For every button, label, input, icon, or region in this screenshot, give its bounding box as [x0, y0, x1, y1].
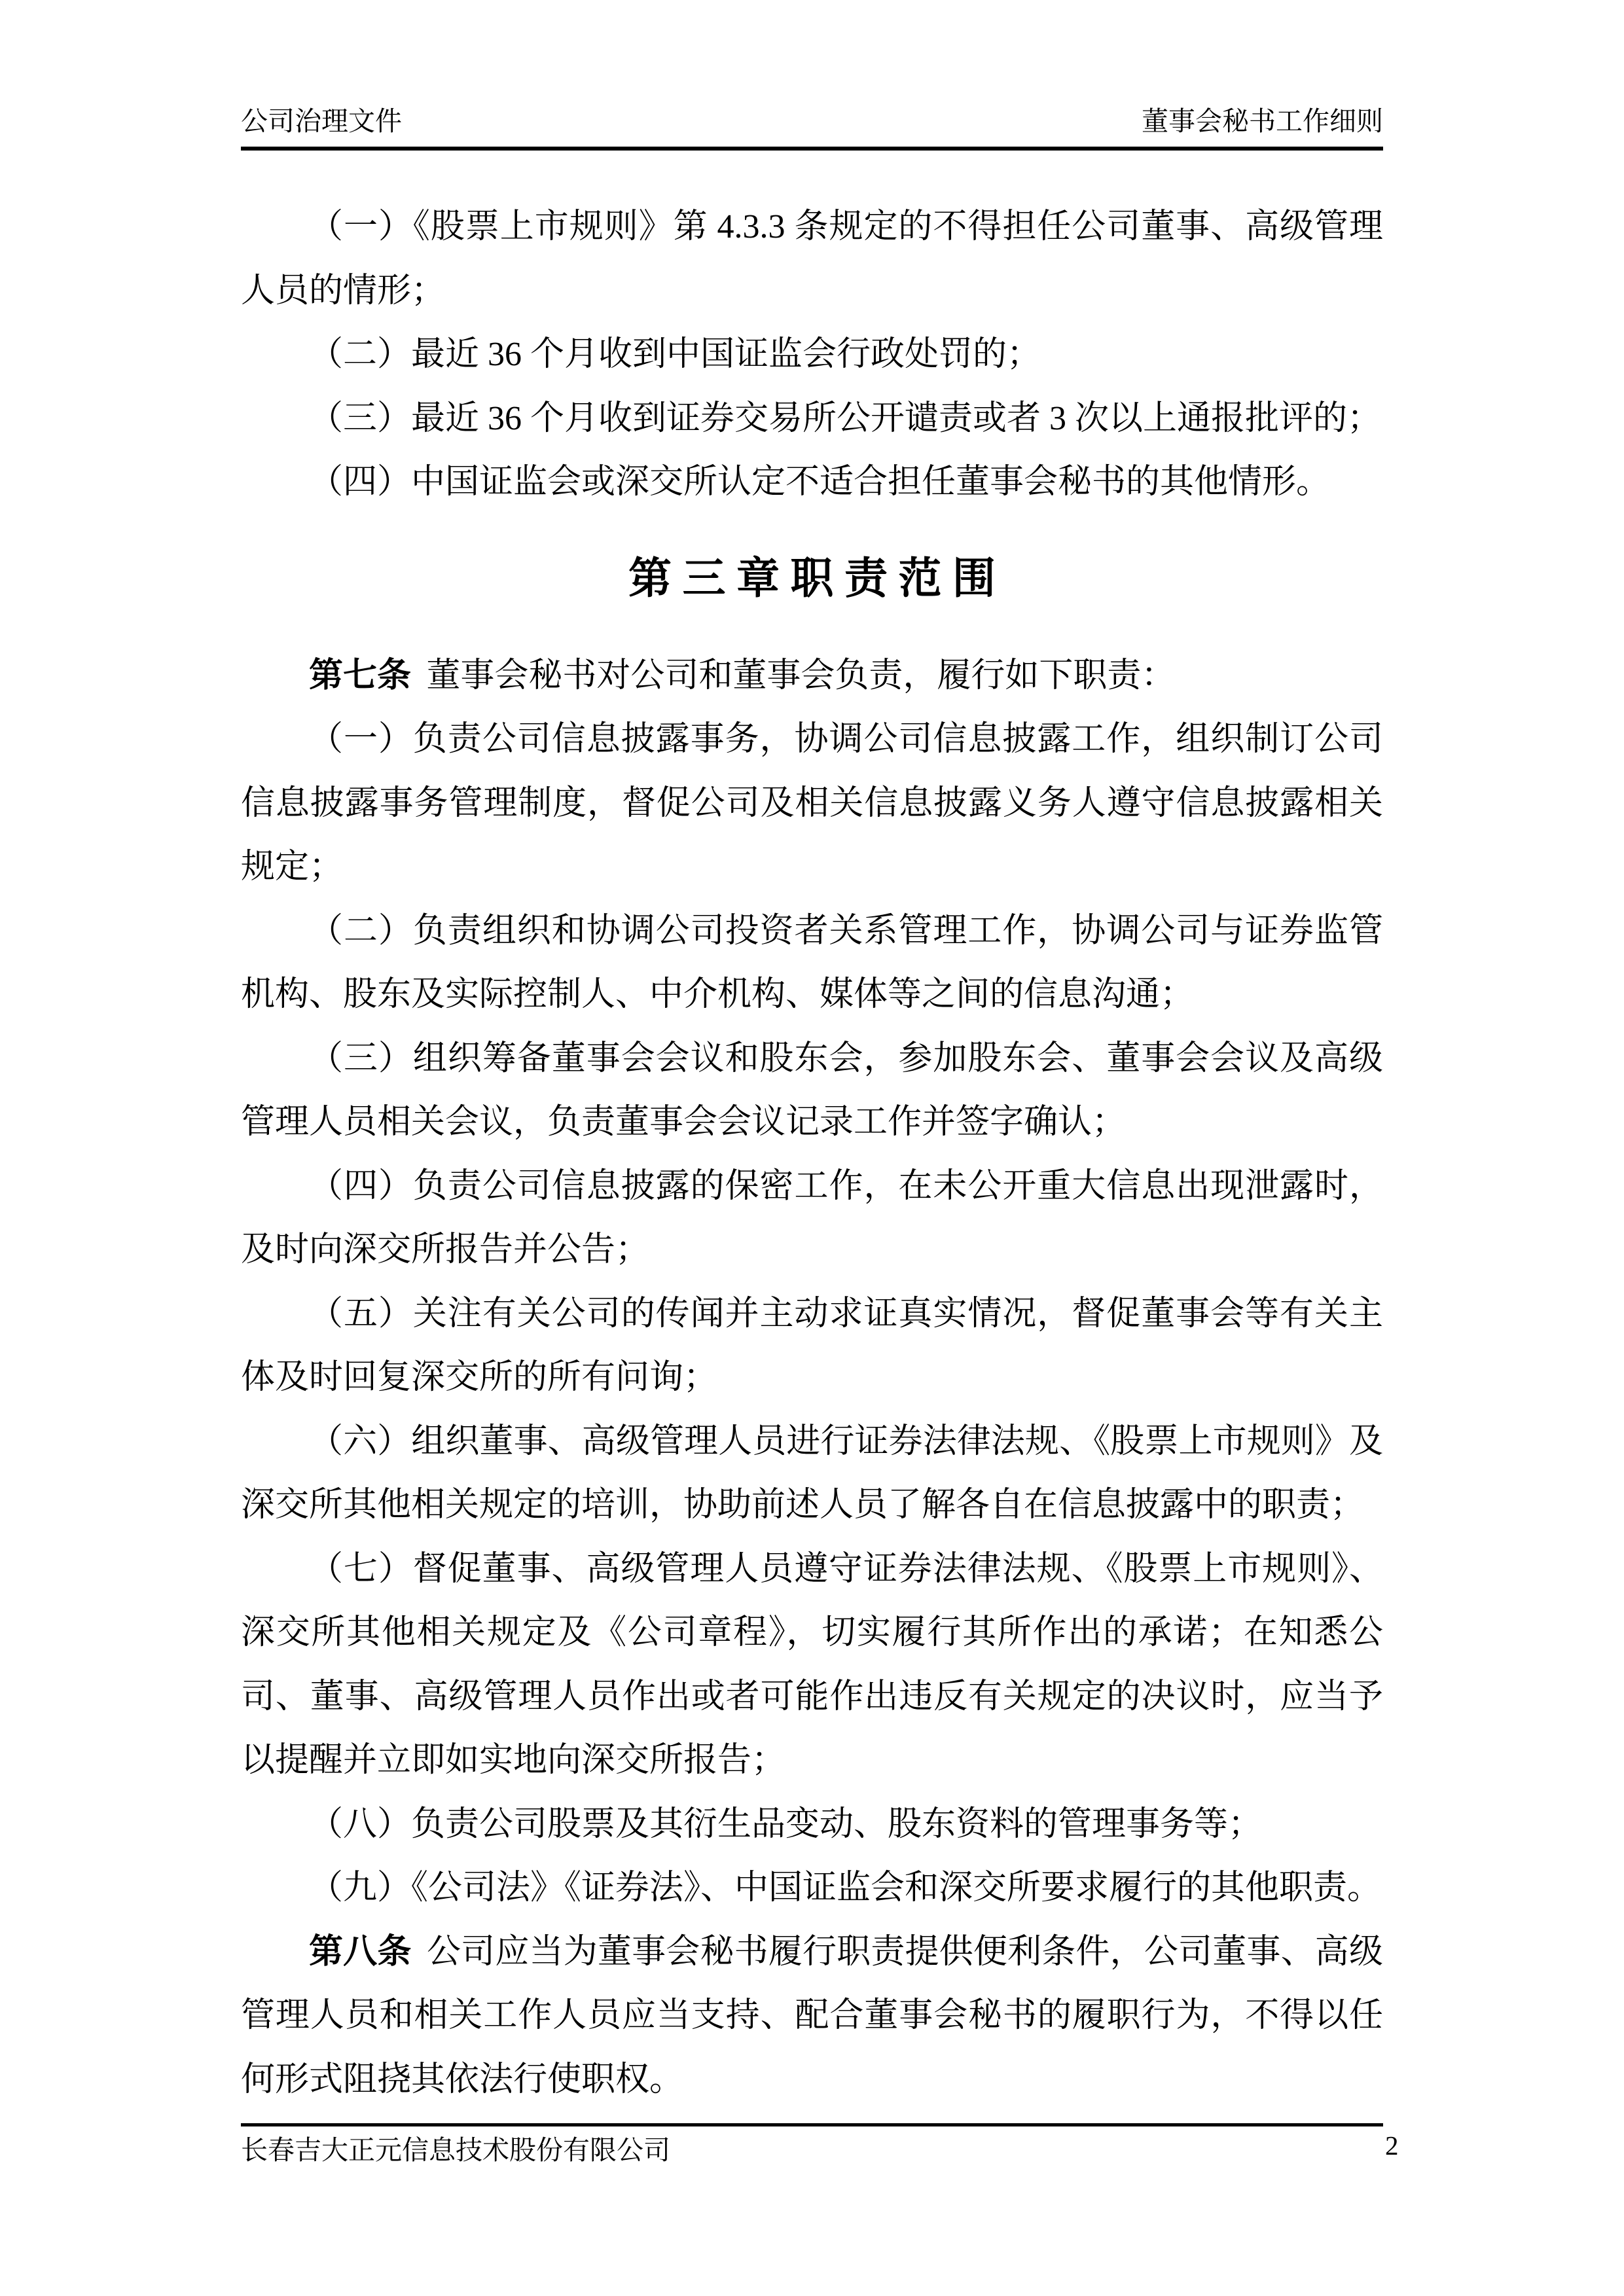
header-left-label: 公司治理文件 [241, 103, 402, 139]
footer-company-name: 长春吉大正元信息技术股份有限公司 [241, 2133, 670, 2167]
article-8-paragraph: 第八条公司应当为董事会秘书履行职责提供便利条件，公司董事、高级管理人员和相关工作… [241, 1920, 1383, 2112]
list-item-disqualification-1: （一）《股票上市规则》第 4.3.3 条规定的不得担任公司董事、高级管理人员的情… [241, 195, 1383, 323]
list-item-duty-3: （三）组织筹备董事会会议和股东会，参加股东会、董事会会议及高级管理人员相关会议，… [241, 1027, 1383, 1155]
page-header: 公司治理文件 董事会秘书工作细则 [241, 103, 1383, 151]
footer-rule [241, 2123, 1383, 2126]
article-8-text: 公司应当为董事会秘书履行职责提供便利条件，公司董事、高级管理人员和相关工作人员应… [241, 1933, 1383, 2098]
list-item-duty-7: （七）督促董事、高级管理人员遵守证券法律法规、《股票上市规则》、深交所其他相关规… [241, 1537, 1383, 1793]
list-item-duty-6: （六）组织董事、高级管理人员进行证券法律法规、《股票上市规则》及深交所其他相关规… [241, 1410, 1383, 1537]
chapter-heading: 第 三 章 职 责 范 围 [241, 543, 1383, 615]
article-7-paragraph: 第七条董事会秘书对公司和董事会负责，履行如下职责： [241, 644, 1383, 708]
header-row: 公司治理文件 董事会秘书工作细则 [241, 103, 1383, 139]
article-7-text: 董事会秘书对公司和董事会负责，履行如下职责： [426, 657, 1175, 694]
list-item-disqualification-2: （二）最近 36 个月收到中国证监会行政处罚的； [241, 323, 1383, 387]
list-item-duty-5: （五）关注有关公司的传闻并主动求证真实情况，督促董事会等有关主体及时回复深交所的… [241, 1282, 1383, 1410]
list-item-disqualification-3: （三）最近 36 个月收到证券交易所公开谴责或者 3 次以上通报批评的； [241, 387, 1383, 451]
article-7-label: 第七条 [309, 657, 411, 694]
document-page: 公司治理文件 董事会秘书工作细则 （一）《股票上市规则》第 4.3.3 条规定的… [0, 0, 1624, 2296]
page-footer: 长春吉大正元信息技术股份有限公司 [241, 2123, 1383, 2167]
list-item-duty-2: （二）负责组织和协调公司投资者关系管理工作，协调公司与证券监管机构、股东及实际控… [241, 899, 1383, 1027]
list-item-duty-1: （一）负责公司信息披露事务，协调公司信息披露工作，组织制订公司信息披露事务管理制… [241, 708, 1383, 899]
article-8-label: 第八条 [309, 1933, 412, 1971]
list-item-duty-4: （四）负责公司信息披露的保密工作，在未公开重大信息出现泄露时，及时向深交所报告并… [241, 1155, 1383, 1282]
header-right-label: 董事会秘书工作细则 [1142, 103, 1383, 139]
list-item-disqualification-4: （四）中国证监会或深交所认定不适合担任董事会秘书的其他情形。 [241, 450, 1383, 514]
document-body: （一）《股票上市规则》第 4.3.3 条规定的不得担任公司董事、高级管理人员的情… [241, 195, 1383, 2111]
page-number: 2 [1385, 2128, 1399, 2162]
list-item-duty-8: （八）负责公司股票及其衍生品变动、股东资料的管理事务等； [241, 1793, 1383, 1857]
list-item-duty-9: （九）《公司法》《证券法》、中国证监会和深交所要求履行的其他职责。 [241, 1856, 1383, 1920]
header-rule [241, 147, 1383, 151]
